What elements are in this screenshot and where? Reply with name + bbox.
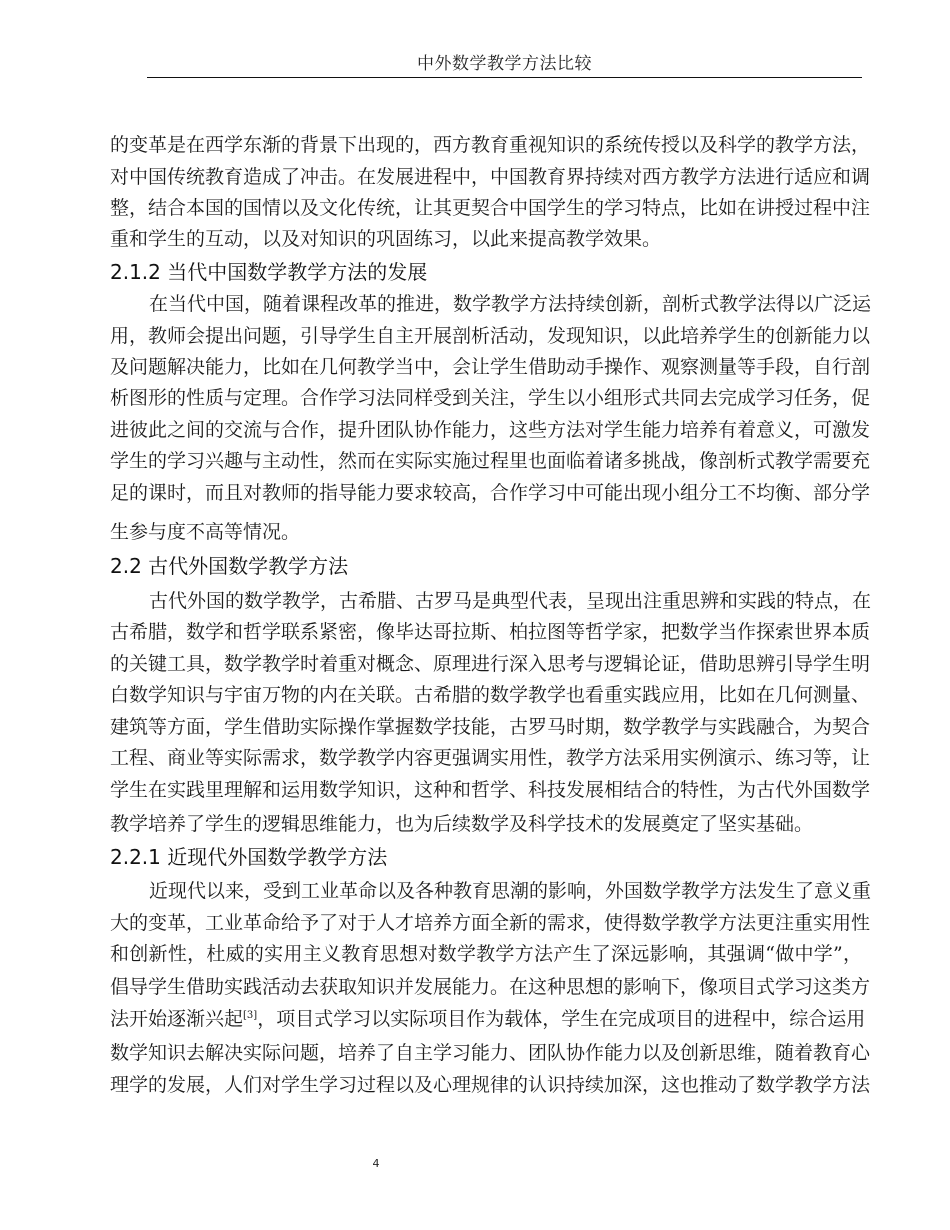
header-divider [147,77,862,78]
page-number: 4 [368,1157,384,1170]
running-header: 中外数学教学方法比较 [147,52,862,77]
text-line: 大的变革，工业革命给予了对于人才培养方面全新的需求，使得数学教学方法更注重实用性 [110,909,862,937]
text-line: 的关键工具，数学教学时着重对概念、原理进行深入思考与逻辑论证，借助思辨引导学生明 [110,650,862,678]
text-line: 倡导学生借助实践活动去获取知识并发展能力。在这种思想的影响下，像项目式学习这类方 [110,973,862,1001]
text-line: 学生在实践里理解和运用数学知识，这种和哲学、科技发展相结合的特性，为古代外国数学 [110,776,862,804]
section-heading-2-2-1: 2.2.1 近现代外国数学教学方法 [110,842,387,872]
text-line: 进彼此之间的交流与合作，提升团队协作能力，这些方法对学生能力培养有着意义，可激发 [110,416,862,444]
text-line: 用，教师会提出问题，引导学生自主开展剖析活动，发现知识，以此培养学生的创新能力以 [110,322,862,350]
text-line: 理学的发展，人们对学生学习过程以及心理规律的认识持续加深，这也推动了数学教学方法 [110,1071,862,1099]
text-line: 析图形的性质与定理。合作学习法同样受到关注，学生以小组形式共同去完成学习任务，促 [110,384,862,412]
text-line: 古希腊，数学和哲学联系紧密，像毕达哥拉斯、柏拉图等哲学家，把数学当作探索世界本质 [110,618,862,646]
text-line: 对中国传统教育造成了冲击。在发展进程中，中国教育界持续对西方教学方法进行适应和调 [110,163,862,191]
text-line: 教学培养了学生的逻辑思维能力，也为后续数学及科学技术的发展奠定了坚实基础。 [110,810,862,838]
section-heading-2-2: 2.2 古代外国数学教学方法 [110,551,348,581]
text-line: 建筑等方面，学生借助实际操作掌握数学技能，古罗马时期，数学教学与实践融合，为契合 [110,713,862,741]
text-line: 重和学生的互动，以及对知识的巩固练习，以此来提高教学效果。 [110,225,862,253]
text-line: 生参与度不高等情况。 [110,518,862,546]
text-line: 近现代以来，受到工业革命以及各种教育思潮的影响，外国数学教学方法发生了意义重 [110,877,862,905]
text-line: 古代外国的数学教学，古希腊、古罗马是典型代表，呈现出注重思辨和实践的特点，在 [110,587,862,615]
text-line: 足的课时，而且对教师的指导能力要求较高，合作学习中可能出现小组分工不均衡、部分学 [110,479,862,507]
text-line-with-citation: 法开始逐渐兴起[3]，项目式学习以实际项目作为载体，学生在完成项目的进程中，综合… [110,1005,862,1033]
text-line: 在当代中国，随着课程改革的推进，数学教学方法持续创新，剖析式教学法得以广泛运 [110,290,862,318]
text-segment: 法开始逐渐兴起 [110,1008,243,1030]
text-segment: ，项目式学习以实际项目作为载体，学生在完成项目的进程中，综合运用 [257,1008,865,1030]
text-line: 和创新性，杜威的实用主义教育思想对数学教学方法产生了深远影响，其强调“做中学”， [110,940,862,968]
text-line: 工程、商业等实际需求，数学教学内容更强调实用性，教学方法采用实例演示、练习等，让 [110,744,862,772]
text-line: 及问题解决能力，比如在几何教学当中，会让学生借助动手操作、观察测量等手段，自行剖 [110,353,862,381]
text-line: 白数学知识与宇宙万物的内在关联。古希腊的数学教学也看重实践应用，比如在几何测量、 [110,681,862,709]
section-heading-2-1-2: 2.1.2 当代中国数学教学方法的发展 [110,257,427,287]
citation-reference[interactable]: [3] [243,1010,257,1021]
text-line: 整，结合本国的国情以及文化传统，让其更契合中国学生的学习特点，比如在讲授过程中注 [110,194,862,222]
text-line: 数学知识去解决实际问题，培养了自主学习能力、团队协作能力以及创新思维，随着教育心 [110,1039,862,1067]
text-line: 的变革是在西学东渐的背景下出现的，西方教育重视知识的系统传授以及科学的教学方法， [110,131,862,159]
document-page: 中外数学教学方法比较 的变革是在西学东渐的背景下出现的，西方教育重视知识的系统传… [0,0,950,1230]
text-line: 学生的学习兴趣与主动性，然而在实际实施过程里也面临着诸多挑战，像剖析式教学需要充 [110,447,862,475]
